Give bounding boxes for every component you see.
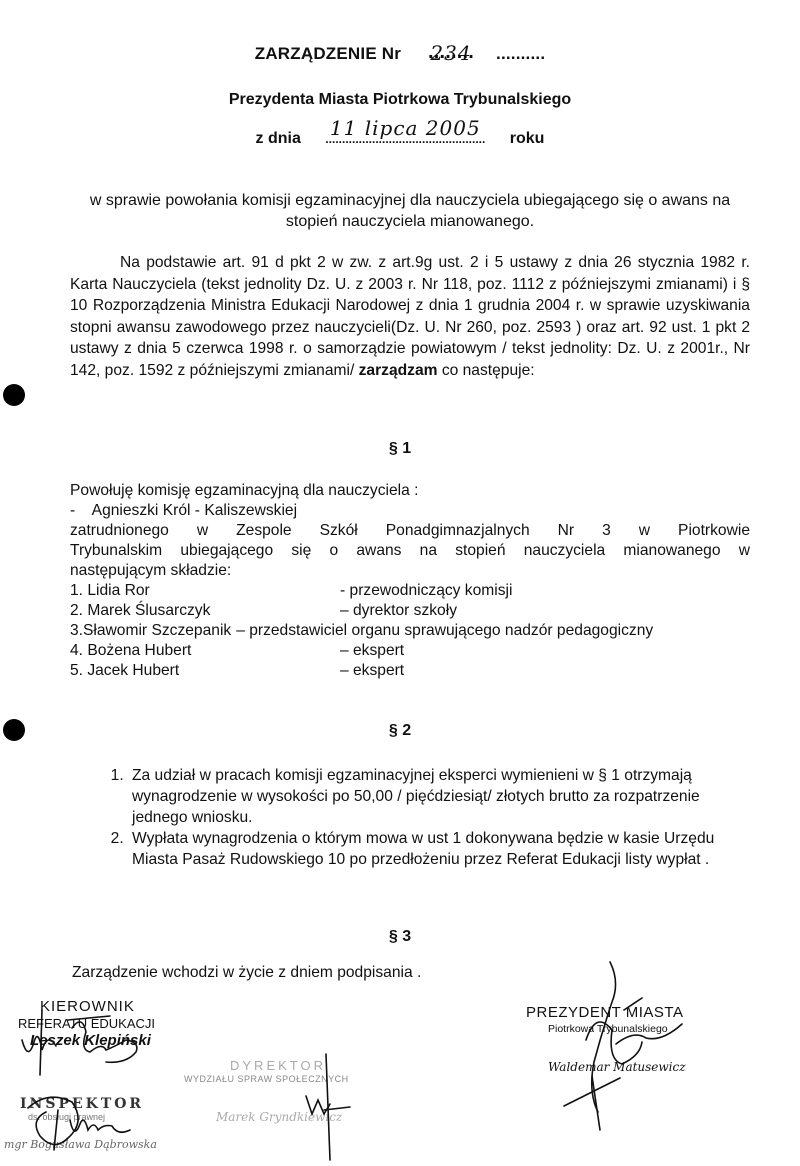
stamp-prezydent-title: PREZYDENT MIASTA (526, 1004, 683, 1021)
member-role: – ekspert (340, 661, 404, 681)
member-role: - przewodniczący komisji (340, 581, 512, 601)
teacher-name: - Agnieszki Król - Kaliszewskiej (70, 501, 760, 521)
committee-member: 2. Marek Ślusarczyk– dyrektor szkoły (70, 601, 760, 621)
hole-punch-top (3, 384, 25, 406)
issuer-heading: Prezydenta Miasta Piotrkowa Trybunalskie… (0, 91, 800, 109)
member-role: – dyrektor szkoły (340, 601, 457, 621)
section-2-item: Wypłata wynagrodzenia o którym mowa w us… (128, 828, 738, 870)
employment-line-1: zatrudnionego w Zespole Szkół Ponadgimna… (70, 521, 750, 541)
member-role: – przedstawiciel organu sprawującego nad… (236, 621, 653, 641)
section-1-body: Powołuję komisję egzaminacyjną dla naucz… (70, 481, 760, 681)
stamp-prezydent-name: Waldemar Matusewicz (548, 1060, 686, 1074)
section-3-heading: § 3 (0, 928, 800, 946)
member-name: 2. Marek Ślusarczyk (70, 601, 340, 621)
committee-member: 5. Jacek Hubert– ekspert (70, 661, 760, 681)
section-2-heading: § 2 (0, 722, 800, 740)
date-handwritten: 11 lipca 2005 (305, 116, 505, 140)
stamp-prezydent-unit: Piotrkowa Trybunalskiego (548, 1023, 668, 1035)
order-number-handwritten: 234 (406, 41, 496, 65)
section-2-list: Za udział w pracach komisji egzaminacyjn… (98, 765, 738, 870)
stamp-dyrektor-unit: WYDZIAŁU SPRAW SPOŁECZNYCH (184, 1074, 349, 1084)
employment-line-3: następującym składzie: (70, 561, 760, 581)
stamp-dyrektor-name: Marek Gryndkiewicz (216, 1110, 342, 1124)
preamble-bold-word: zarządzam (359, 362, 438, 379)
member-name: 4. Bożena Hubert (70, 641, 340, 661)
employment-line-2: Trybunalskim ubiegającego się o awans na… (70, 541, 750, 561)
stamp-inspektor-title: INSPEKTOR (20, 1096, 144, 1112)
stamp-inspektor-unit: ds. obsługi prawnej (28, 1112, 105, 1122)
stamp-kierownik-name: Leszek Klepiński (30, 1032, 151, 1049)
date-line: z dnia .................................… (0, 130, 800, 148)
committee-member: 4. Bożena Hubert– ekspert (70, 641, 760, 661)
section-2-item: Za udział w pracach komisji egzaminacyjn… (128, 765, 738, 828)
member-name: 3.Sławomir Szczepanik (70, 621, 231, 641)
section-1-heading: § 1 (0, 440, 800, 458)
member-name: 5. Jacek Hubert (70, 661, 340, 681)
stamp-inspektor-name: mgr Bogusława Dąbrowska (4, 1138, 157, 1151)
date-field: ........................................… (305, 130, 505, 148)
title-prefix: ZARZĄDZENIE Nr (255, 44, 406, 63)
document-title: ZARZĄDZENIE Nr ........234.......... (0, 44, 800, 64)
subject-line: w sprawie powołania komisji egzaminacyjn… (70, 190, 750, 232)
stamp-dyrektor-title: DYREKTOR (230, 1058, 326, 1073)
preamble: Na podstawie art. 91 d pkt 2 w zw. z art… (70, 252, 750, 382)
section-1-intro: Powołuję komisję egzaminacyjną dla naucz… (70, 481, 760, 501)
member-role: – ekspert (340, 641, 404, 661)
section-3-text: Zarządzenie wchodzi w życie z dniem podp… (72, 964, 421, 982)
stamp-kierownik-unit: REFERATU EDUKACJI (18, 1016, 155, 1031)
stamp-kierownik-title: KIEROWNIK (40, 998, 135, 1015)
committee-member: 1. Lidia Ror- przewodniczący komisji (70, 581, 760, 601)
committee-members-list: 1. Lidia Ror- przewodniczący komisji2. M… (70, 581, 760, 681)
committee-member: 3.Sławomir Szczepanik– przedstawiciel or… (70, 621, 760, 641)
member-name: 1. Lidia Ror (70, 581, 340, 601)
section-2-body: Za udział w pracach komisji egzaminacyjn… (98, 765, 738, 870)
